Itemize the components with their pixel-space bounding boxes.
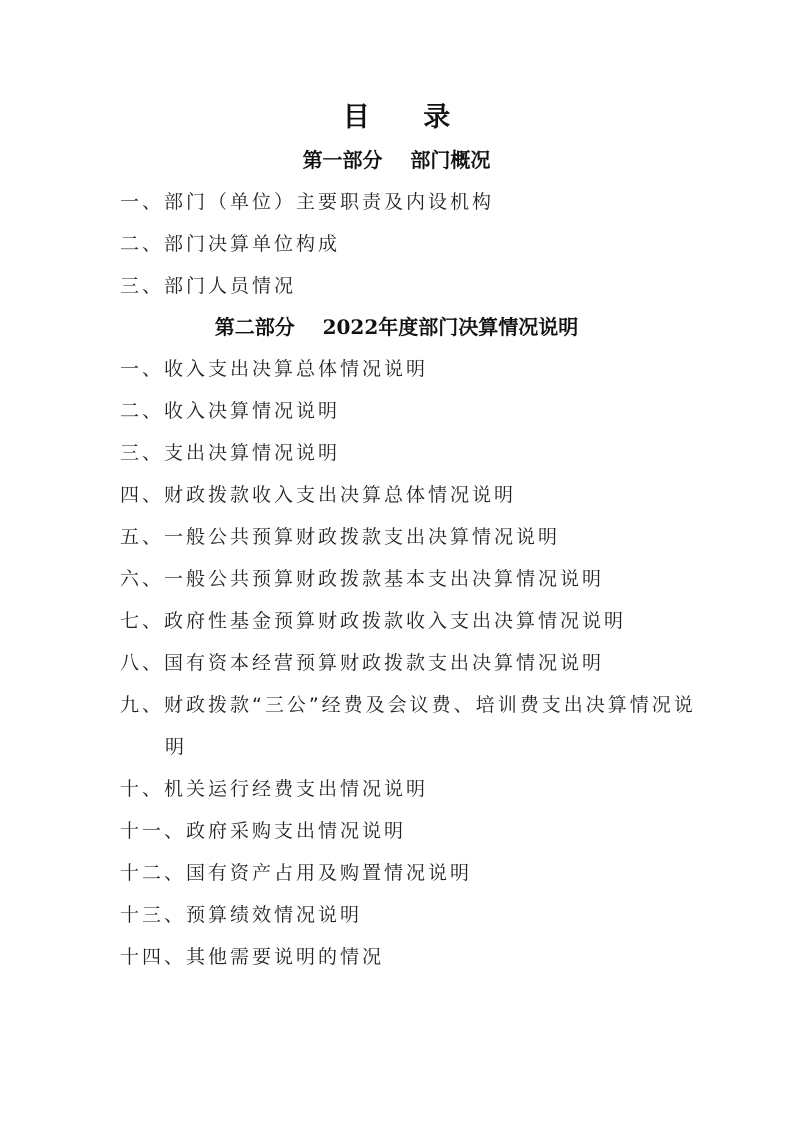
part1-heading: 第一部分 部门概况 — [0, 146, 793, 174]
toc-title: 目 录 — [0, 100, 793, 136]
toc-item: 九、财政拨款“三公”经费及会议费、培训费支出决算情况说 — [120, 691, 696, 719]
toc-item: 二、收入决算情况说明 — [120, 397, 340, 425]
toc-item: 四、财政拨款收入支出决算总体情况说明 — [120, 481, 516, 509]
toc-item: 十四、其他需要说明的情况 — [120, 943, 384, 971]
toc-item: 八、国有资本经营预算财政拨款支出决算情况说明 — [120, 649, 604, 677]
toc-item: 十一、政府采购支出情况说明 — [120, 817, 406, 845]
toc-item: 一、收入支出决算总体情况说明 — [120, 355, 428, 383]
part2-heading: 第二部分 2022年度部门决算情况说明 — [0, 313, 793, 341]
toc-item: 十、机关运行经费支出情况说明 — [120, 775, 428, 803]
toc-item-continuation: 明 — [165, 733, 187, 761]
toc-item: 一、部门（单位）主要职责及内设机构 — [120, 188, 494, 216]
toc-item: 三、支出决算情况说明 — [120, 439, 340, 467]
toc-item: 五、一般公共预算财政拨款支出决算情况说明 — [120, 523, 560, 551]
toc-item: 十二、国有资产占用及购置情况说明 — [120, 859, 472, 887]
toc-item: 十三、预算绩效情况说明 — [120, 901, 362, 929]
toc-item: 三、部门人员情况 — [120, 272, 296, 300]
toc-item: 七、政府性基金预算财政拨款收入支出决算情况说明 — [120, 607, 626, 635]
toc-item: 六、一般公共预算财政拨款基本支出决算情况说明 — [120, 565, 604, 593]
toc-item: 二、部门决算单位构成 — [120, 230, 340, 258]
